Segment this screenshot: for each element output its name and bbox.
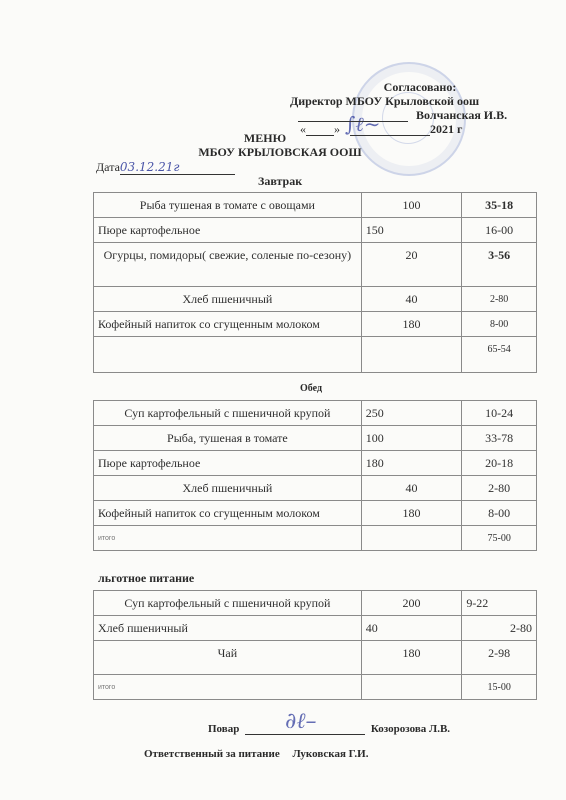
dish-weight: 20 — [361, 243, 462, 287]
dish-price: 2-80 — [462, 616, 537, 641]
total-label: итого — [94, 526, 362, 551]
dish-name: Рыба, тушеная в томате — [94, 426, 362, 451]
menu-title: МЕНЮ — [210, 131, 320, 145]
dish-name: Хлеб пшеничный — [94, 616, 362, 641]
table-row: Кофейный напиток со сгущенным молоком 18… — [94, 312, 537, 337]
dish-weight: 250 — [361, 401, 462, 426]
dish-name: Хлеб пшеничный — [94, 287, 362, 312]
approval-date-line: « » 2021 г — [290, 122, 520, 136]
total-weight — [361, 526, 462, 551]
dish-weight: 100 — [361, 426, 462, 451]
approval-position: Директор МБОУ Крыловской оош — [290, 94, 520, 108]
total-price: 65-54 — [462, 337, 537, 373]
cook-label: Повар — [208, 723, 239, 735]
approval-agreed: Согласовано: — [290, 80, 520, 94]
signature-line — [298, 108, 408, 122]
dish-name: Кофейный напиток со сгущенным молоком — [94, 312, 362, 337]
dish-weight: 150 — [361, 218, 462, 243]
table-row: Огурцы, помидоры( свежие, соленые по-сез… — [94, 243, 537, 287]
dish-price: 35-18 — [462, 193, 537, 218]
dish-name: Чай — [94, 641, 362, 675]
total-price: 15-00 — [462, 675, 537, 700]
dish-name: Пюре картофельное — [94, 218, 362, 243]
dish-weight: 180 — [361, 641, 462, 675]
breakfast-title: Завтрак — [258, 174, 302, 189]
dish-name: Огурцы, помидоры( свежие, соленые по-сез… — [94, 243, 362, 287]
dish-weight: 180 — [361, 501, 462, 526]
table-row: Суп картофельный с пшеничной крупой 250 … — [94, 401, 537, 426]
table-row: Кофейный напиток со сгущенным молоком 18… — [94, 501, 537, 526]
table-row: Рыба тушеная в томате с овощами 100 35-1… — [94, 193, 537, 218]
total-label: итого — [94, 675, 362, 700]
total-price: 75-00 — [462, 526, 537, 551]
dish-price: 33-78 — [462, 426, 537, 451]
dish-price: 16-00 — [462, 218, 537, 243]
table-row: Пюре картофельное 180 20-18 — [94, 451, 537, 476]
dish-price: 2-80 — [462, 476, 537, 501]
table-row: Суп картофельный с пшеничной крупой 200 … — [94, 591, 537, 616]
cook-name: Козорозова Л.В. — [371, 723, 450, 735]
table-row: Пюре картофельное 150 16-00 — [94, 218, 537, 243]
dish-price: 3-56 — [462, 243, 537, 287]
dish-price: 2-98 — [462, 641, 537, 675]
dish-weight: 40 — [361, 287, 462, 312]
total-row: итого 15-00 — [94, 675, 537, 700]
total-label — [94, 337, 362, 373]
responsible-label: Ответственный за питание — [144, 748, 280, 760]
month-blank — [350, 123, 430, 136]
table-row: Хлеб пшеничный 40 2-80 — [94, 287, 537, 312]
preferential-table: Суп картофельный с пшеничной крупой 200 … — [93, 590, 537, 700]
dish-name: Рыба тушеная в томате с овощами — [94, 193, 362, 218]
total-row: 65-54 — [94, 337, 537, 373]
lunch-table: Суп картофельный с пшеничной крупой 250 … — [93, 400, 537, 551]
dish-name: Кофейный напиток со сгущенным молоком — [94, 501, 362, 526]
cook-line: Повар Козорозова Л.В. — [208, 722, 450, 735]
dish-price: 8-00 — [462, 312, 537, 337]
director-name: Волчанская И.В. — [416, 108, 507, 122]
total-weight — [361, 337, 462, 373]
table-row: Чай 180 2-98 — [94, 641, 537, 675]
dish-name: Суп картофельный с пшеничной крупой — [94, 401, 362, 426]
dish-price: 20-18 — [462, 451, 537, 476]
dish-price: 8-00 — [462, 501, 537, 526]
preferential-title: льготное питание — [98, 571, 194, 586]
total-row: итого 75-00 — [94, 526, 537, 551]
quote-close: » — [334, 122, 340, 136]
dish-weight: 40 — [361, 616, 462, 641]
school-name: МБОУ КРЫЛОВСКАЯ ООШ — [180, 145, 380, 159]
dish-name: Хлеб пшеничный — [94, 476, 362, 501]
approval-signature-line: Волчанская И.В. — [290, 108, 520, 122]
date-row: Дата 03.12.21г — [96, 160, 235, 175]
dish-weight: 40 — [361, 476, 462, 501]
approval-block: Согласовано: Директор МБОУ Крыловской оо… — [290, 80, 520, 136]
total-weight — [361, 675, 462, 700]
dish-weight: 200 — [361, 591, 462, 616]
dish-name: Суп картофельный с пшеничной крупой — [94, 591, 362, 616]
approval-year: 2021 г — [430, 122, 462, 136]
dish-weight: 180 — [361, 451, 462, 476]
table-row: Хлеб пшеничный 40 2-80 — [94, 616, 537, 641]
date-label: Дата — [96, 160, 120, 175]
dish-price: 2-80 — [462, 287, 537, 312]
dish-weight: 180 — [361, 312, 462, 337]
lunch-title: Обед — [300, 383, 322, 394]
table-row: Рыба, тушеная в томате 100 33-78 — [94, 426, 537, 451]
responsible-name: Луковская Г.И. — [292, 748, 368, 760]
dish-name: Пюре картофельное — [94, 451, 362, 476]
table-row: Хлеб пшеничный 40 2-80 — [94, 476, 537, 501]
cook-signature: ∂ℓ– — [285, 708, 317, 734]
breakfast-table: Рыба тушеная в томате с овощами 100 35-1… — [93, 192, 537, 373]
dish-weight: 100 — [361, 193, 462, 218]
dish-price: 10-24 — [462, 401, 537, 426]
date-value: 03.12.21г — [120, 160, 235, 175]
responsible-line: Ответственный за питание Луковская Г.И. — [144, 748, 368, 760]
dish-price: 9-22 — [462, 591, 537, 616]
